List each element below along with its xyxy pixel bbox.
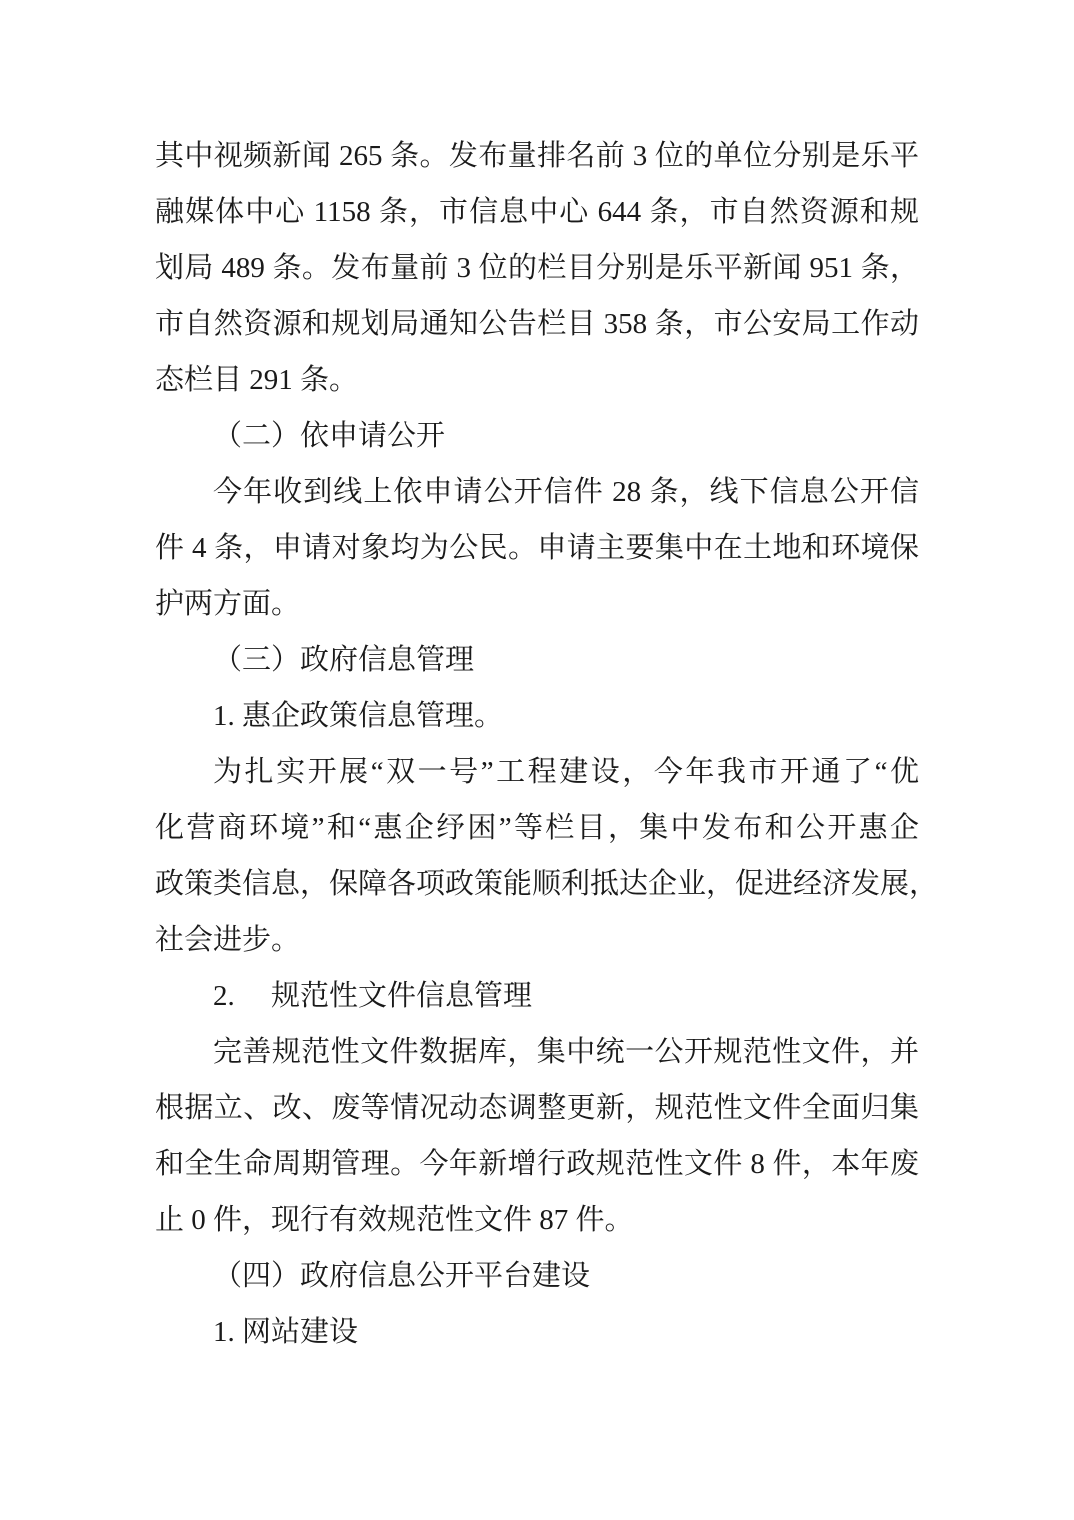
text-line: 根据立、改、废等情况动态调整更新，规范性文件全面归集 xyxy=(155,1080,919,1136)
text-line: 止 0 件，现行有效规范性文件 87 件。 xyxy=(155,1192,919,1248)
section-heading: 1. 惠企政策信息管理。 xyxy=(155,688,919,744)
text-line: 2. 规范性文件信息管理 xyxy=(155,968,919,1024)
text-line: 其中视频新闻 265 条。发布量排名前 3 位的单位分别是乐平 xyxy=(155,128,919,184)
text-line: （二）依申请公开 xyxy=(155,408,919,464)
section-heading: （二）依申请公开 xyxy=(155,408,919,464)
paragraph: 为扎实开展“双一号”工程建设，今年我市开通了“优化营商环境”和“惠企纾困”等栏目… xyxy=(155,744,919,968)
text-line: 市自然资源和规划局通知公告栏目 358 条，市公安局工作动 xyxy=(155,296,919,352)
paragraph: 完善规范性文件数据库，集中统一公开规范性文件，并根据立、改、废等情况动态调整更新… xyxy=(155,1024,919,1248)
text-line: 和全生命周期管理。今年新增行政规范性文件 8 件，本年废 xyxy=(155,1136,919,1192)
text-line: （四）政府信息公开平台建设 xyxy=(155,1248,919,1304)
text-line: 护两方面。 xyxy=(155,576,919,632)
text-line: 今年收到线上依申请公开信件 28 条，线下信息公开信 xyxy=(155,464,919,520)
text-line: 政策类信息，保障各项政策能顺利抵达企业，促进经济发展， xyxy=(155,856,919,912)
document-page: 其中视频新闻 265 条。发布量排名前 3 位的单位分别是乐平融媒体中心 115… xyxy=(0,0,1074,1520)
text-line: 为扎实开展“双一号”工程建设，今年我市开通了“优 xyxy=(155,744,919,800)
text-line: 社会进步。 xyxy=(155,912,919,968)
paragraph: 今年收到线上依申请公开信件 28 条，线下信息公开信件 4 条，申请对象均为公民… xyxy=(155,464,919,632)
text-line: 件 4 条，申请对象均为公民。申请主要集中在土地和环境保 xyxy=(155,520,919,576)
section-heading: 2. 规范性文件信息管理 xyxy=(155,968,919,1024)
text-line: 划局 489 条。发布量前 3 位的栏目分别是乐平新闻 951 条， xyxy=(155,240,919,296)
text-line: （三）政府信息管理 xyxy=(155,632,919,688)
text-line: 融媒体中心 1158 条，市信息中心 644 条，市自然资源和规 xyxy=(155,184,919,240)
document-body: 其中视频新闻 265 条。发布量排名前 3 位的单位分别是乐平融媒体中心 115… xyxy=(155,128,919,1360)
text-line: 完善规范性文件数据库，集中统一公开规范性文件，并 xyxy=(155,1024,919,1080)
text-line: 态栏目 291 条。 xyxy=(155,352,919,408)
section-heading: 1. 网站建设 xyxy=(155,1304,919,1360)
text-line: 1. 网站建设 xyxy=(155,1304,919,1360)
text-line: 1. 惠企政策信息管理。 xyxy=(155,688,919,744)
paragraph: 其中视频新闻 265 条。发布量排名前 3 位的单位分别是乐平融媒体中心 115… xyxy=(155,128,919,408)
section-heading: （三）政府信息管理 xyxy=(155,632,919,688)
section-heading: （四）政府信息公开平台建设 xyxy=(155,1248,919,1304)
text-line: 化营商环境”和“惠企纾困”等栏目，集中发布和公开惠企 xyxy=(155,800,919,856)
